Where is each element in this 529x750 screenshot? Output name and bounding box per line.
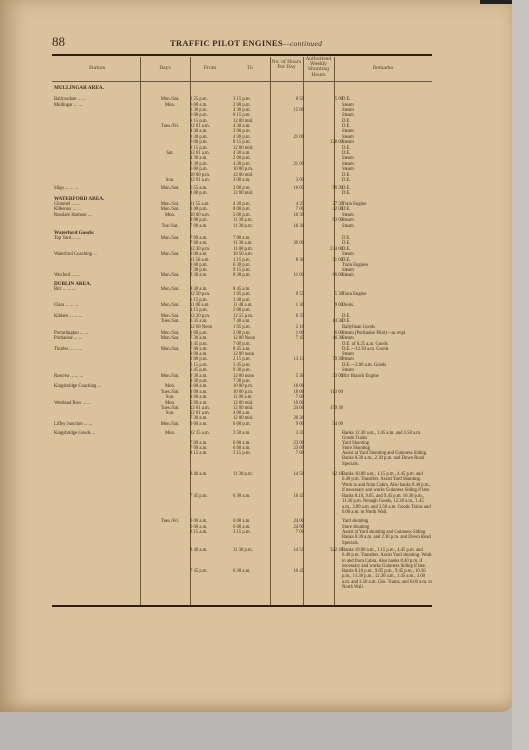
from-cell: 8 15 a.m.: [190, 530, 230, 535]
remarks-cell: Birr Branch Engine: [342, 374, 432, 379]
station-cell: Kilkenny ... ...: [54, 207, 81, 212]
weekly-hours-cell: 33 00: [303, 374, 343, 379]
station-cell: Portlaoise ... ...: [54, 336, 82, 341]
to-cell: 8 15 p.m.: [233, 113, 273, 118]
hours-cell: 13 15: [270, 357, 304, 362]
col-header-station: Station: [54, 66, 140, 71]
to-cell: 6 00 p.m.: [233, 422, 273, 427]
hours-cell: 7 45: [270, 336, 304, 341]
from-cell: 6 00 a.m.: [190, 384, 230, 389]
remarks-cell: D.E.: [342, 207, 432, 212]
hours-cell: 7 00: [270, 395, 304, 400]
to-cell: 3 15 p.m.: [233, 530, 273, 535]
col-header-hours: No. of Hours Per Day: [270, 60, 303, 70]
remarks-cell: Steam: [342, 218, 432, 223]
to-cell: 6 00 a.m.: [233, 519, 273, 524]
remarks-cell: Deuts.: [342, 303, 432, 308]
weekly-hours-cell: 46 30: [303, 336, 343, 341]
to-cell: 3 00 a.m.: [233, 178, 273, 183]
hours-cell: 8 30: [270, 258, 304, 263]
col-header-remarks: Remarks: [334, 66, 432, 71]
page-number: 88: [52, 34, 65, 50]
remarks-cell: D.E.: [342, 319, 432, 324]
hours-cell: 16 00: [270, 384, 304, 389]
from-cell: 9 30 a.m.: [190, 273, 230, 278]
from-cell: 2 25 p.m.: [190, 97, 230, 102]
to-cell: 12 00 mid.: [233, 191, 273, 196]
from-cell: 7 45 p.m.: [190, 494, 230, 499]
to-cell: 11 30 p.m.: [233, 548, 273, 553]
to-cell: 1 05 p.m.: [233, 292, 273, 297]
from-cell: 12 00 Noon: [190, 325, 230, 330]
col-header-days: Days: [140, 66, 190, 71]
hours-cell: 21 00: [270, 135, 304, 140]
from-cell: 9 00 a.m.: [190, 422, 230, 427]
weekly-hours-cell: 322 20: [303, 548, 343, 553]
weekly-hours-cell: 14 30: [303, 319, 343, 324]
remarks-cell: Ballylinan Goods: [342, 325, 432, 330]
to-cell: 5 00 p.m.: [233, 308, 273, 313]
remarks-cell: D.E.: [342, 191, 432, 196]
remarks-cell: D.E.: [342, 97, 432, 102]
from-cell: 1 00 p.m.: [190, 207, 230, 212]
to-cell: 10 00 p.m.: [233, 384, 273, 389]
hours-cell: 5 30: [270, 374, 304, 379]
remarks-cell: Steam: [342, 113, 432, 118]
to-cell: 3 50 a.m.: [233, 431, 273, 436]
weekly-hours-cell: 79 30: [303, 357, 343, 362]
station-cell: Top Yard ... ...: [54, 236, 81, 241]
to-cell: 12 00 Noon: [233, 336, 273, 341]
remarks-cell: Steam: [342, 129, 432, 134]
station-cell: Sligo ... ... ...: [54, 186, 78, 191]
hours-cell: 10 45: [270, 494, 304, 499]
from-cell: 7 00 a.m.: [190, 241, 230, 246]
from-cell: 6 00 p.m.: [190, 167, 230, 172]
to-cell: 3 15 p.m.: [233, 97, 273, 102]
to-cell: 10 50 a.m.: [233, 252, 273, 257]
station-cell: Rosslare Harbour ...: [54, 213, 92, 218]
col-header-weekly: Authorised Weekly Shunting Hours: [303, 57, 334, 78]
page-title: TRAFFIC PILOT ENGINES—continued: [170, 38, 322, 48]
hours-cell: 24 00: [270, 406, 304, 411]
to-cell: 11 00 a.m.: [233, 395, 273, 400]
remarks-cell: Steam: [342, 167, 432, 172]
to-cell: 1 05 p.m.: [233, 325, 273, 330]
to-cell: 11 30 a.m.: [233, 241, 273, 246]
from-cell: 6 00 p.m.: [190, 140, 230, 145]
to-cell: 8 15 p.m.: [233, 140, 273, 145]
hours-cell: 7 00: [270, 530, 304, 535]
weekly-hours-cell: 54 00: [303, 422, 343, 427]
from-cell: 8 40 a.m.: [190, 472, 230, 477]
from-cell: 4 30 a.m.: [190, 156, 230, 161]
remarks-cell: Train Engine: [342, 292, 432, 297]
hours-cell: 16 30: [270, 224, 304, 229]
to-cell: 2 00 p.m.: [233, 129, 273, 134]
remarks-cell: Yard shunting: [342, 519, 432, 524]
weekly-hours-cell: 66 00: [303, 273, 343, 278]
station-cell: Thurles ... ... ...: [54, 347, 82, 352]
station-cell: Mullingar ... ...: [54, 103, 82, 108]
hours-cell: 14 50: [270, 472, 304, 477]
weekly-hours-cell: 93 00: [303, 218, 343, 223]
hours-cell: 0 35: [270, 314, 304, 319]
station-cell: Roscrea ... ... ...: [54, 374, 83, 379]
to-cell: 7 40 a.m.: [233, 319, 273, 324]
station-cell: Wexford ... ...: [54, 273, 80, 278]
from-cell: 3 45 p.m.: [190, 368, 230, 373]
from-cell: 7 45 p.m.: [190, 569, 230, 574]
from-cell: 4 00 p.m.: [190, 191, 230, 196]
from-cell: 8 40 a.m.: [190, 548, 230, 553]
to-cell: 9 30 p.m.: [233, 368, 273, 373]
remarks-cell: Steam: [342, 140, 432, 145]
station-cell: Kildare ... ... ...: [54, 314, 82, 319]
from-cell: 4 30 a.m.: [190, 129, 230, 134]
remarks-cell: Steam: [342, 156, 432, 161]
to-cell: 2 15 p.m.: [233, 357, 273, 362]
remarks-cell: Banks 10.00 a.m., 1.15 p.m., 4.45 p.m. a…: [342, 548, 432, 570]
weekly-hours-cell: 113 00: [303, 390, 343, 395]
station-cell: Kingsbridge Goods ...: [54, 431, 95, 436]
hours-cell: 10 45: [270, 569, 304, 574]
remarks-cell: Assist at Yard Shunting and Guinness Sid…: [342, 451, 432, 467]
hours-cell: 7 00: [270, 207, 304, 212]
weekly-hours-cell: 5 30: [303, 292, 343, 297]
hours-cell: 3 35: [270, 431, 304, 436]
weekly-hours-cell: 159 30: [303, 406, 343, 411]
to-cell: 3 15 p.m.: [233, 451, 273, 456]
weekly-hours-cell: 82 10: [303, 472, 343, 477]
hours-cell: 0 55: [270, 292, 304, 297]
top-rule: [52, 54, 432, 56]
from-cell: 12 50 p.m.: [190, 292, 230, 297]
remarks-cell: Steam: [342, 252, 432, 257]
to-cell: 10 00 p.m.: [233, 167, 273, 172]
hours-cell: 3 00: [270, 178, 304, 183]
hours-cell: 39 00: [270, 241, 304, 246]
from-cell: 12 15 a.m.: [190, 431, 230, 436]
weekly-hours-cell: 128 00: [303, 140, 343, 145]
station-cell: Liffey Junction ... ...: [54, 422, 92, 427]
hours-cell: 20 30: [270, 416, 304, 421]
station-cell: MULLINGAR AREA.: [54, 86, 104, 91]
hours-cell: 14 50: [270, 548, 304, 553]
weekly-hours-cell: 5 00: [303, 97, 343, 102]
station-cell: Kingsbridge Coaching ...: [54, 384, 101, 389]
remarks-cell: D.E.: [342, 241, 432, 246]
to-cell: 8 30 p.m.: [233, 273, 273, 278]
hours-cell: 15 00: [270, 108, 304, 113]
to-cell: 6 30 a.m.: [233, 569, 273, 574]
from-cell: 8 15 a.m.: [190, 451, 230, 456]
from-cell: 12 01 a.m.: [190, 178, 230, 183]
remarks-cell: Banks 8.10, 9.05, and 9.45 p.m. 10.30 p.…: [342, 494, 432, 516]
from-cell: 2 00 p.m.: [190, 357, 230, 362]
from-cell: 7 30 a.m.: [190, 336, 230, 341]
bottom-rule: [52, 605, 432, 607]
document-page: 88 TRAFFIC PILOT ENGINES—continued Stati…: [0, 0, 512, 712]
hours-cell: 7 00: [270, 451, 304, 456]
from-cell: 6 00 a.m.: [190, 519, 230, 524]
col-header-to: To: [230, 66, 270, 71]
weekly-hours-cell: 51 00: [303, 258, 343, 263]
remarks-cell: Banks 10.00 a.m., 1.15 p.m., 4.45 p.m. a…: [342, 472, 432, 494]
from-cell: 9 00 a.m.: [190, 252, 230, 257]
remarks-cell: Assist at Yard shunting and Guinness Sid…: [342, 530, 432, 546]
station-cell: Waterford Coaching ...: [54, 252, 97, 257]
hours-cell: 1 30: [270, 303, 304, 308]
from-cell: 6 00 p.m.: [190, 113, 230, 118]
hours-cell: 11 00: [270, 273, 304, 278]
to-cell: 11 30 p.m.: [233, 472, 273, 477]
weekly-hours-cell: 234 00: [303, 247, 343, 252]
to-cell: 8 00 p.m.: [233, 207, 273, 212]
to-cell: 11 30 p.m.: [233, 224, 273, 229]
from-cell: 4 15 p.m.: [190, 308, 230, 313]
remarks-cell: Steam: [342, 368, 432, 373]
remarks-cell: D.E.: [342, 178, 432, 183]
station-cell: Birr ... ... ...: [54, 287, 76, 292]
weekly-hours-cell: 42 00: [303, 207, 343, 212]
from-cell: 8 00 p.m.: [190, 218, 230, 223]
scan-background: [512, 0, 529, 750]
remarks-cell: Steam: [342, 357, 432, 362]
hours-cell: 24 00: [270, 519, 304, 524]
weekly-hours-cell: 96 30: [303, 186, 343, 191]
station-cell: Clara ... ... ...: [54, 303, 78, 308]
col-header-from: From: [190, 66, 230, 71]
hours-cell: 0 50: [270, 97, 304, 102]
weekly-hours-cell: 9 00: [303, 303, 343, 308]
remarks-cell: Steam: [342, 224, 432, 229]
hours-cell: 2 10: [270, 325, 304, 330]
hours-cell: 9 00: [270, 422, 304, 427]
from-cell: 7 00 a.m.: [190, 224, 230, 229]
to-cell: 11 30 p.m.: [233, 218, 273, 223]
from-cell: 6 35 a.m.: [190, 319, 230, 324]
station-cell: Ballysodare ... ...: [54, 97, 86, 102]
to-cell: 6 30 a.m.: [233, 494, 273, 499]
from-cell: 4 00 a.m.: [190, 395, 230, 400]
to-cell: 2 00 p.m.: [233, 156, 273, 161]
to-cell: 12 00 mid.: [233, 416, 273, 421]
station-cell: Westland Row ... ...: [54, 401, 91, 406]
hours-cell: 21 00: [270, 162, 304, 167]
from-cell: 7 30 a.m.: [190, 416, 230, 421]
remarks-cell: Steam: [342, 336, 432, 341]
header-rule: [52, 81, 432, 82]
hours-cell: 10 30: [270, 213, 304, 218]
remarks-cell: Steam: [342, 273, 432, 278]
hours-cell: 16 05: [270, 186, 304, 191]
remarks-cell: Banks 8.10 p.m., 9.05 p.m., 9.45 p.m., 1…: [342, 569, 432, 591]
